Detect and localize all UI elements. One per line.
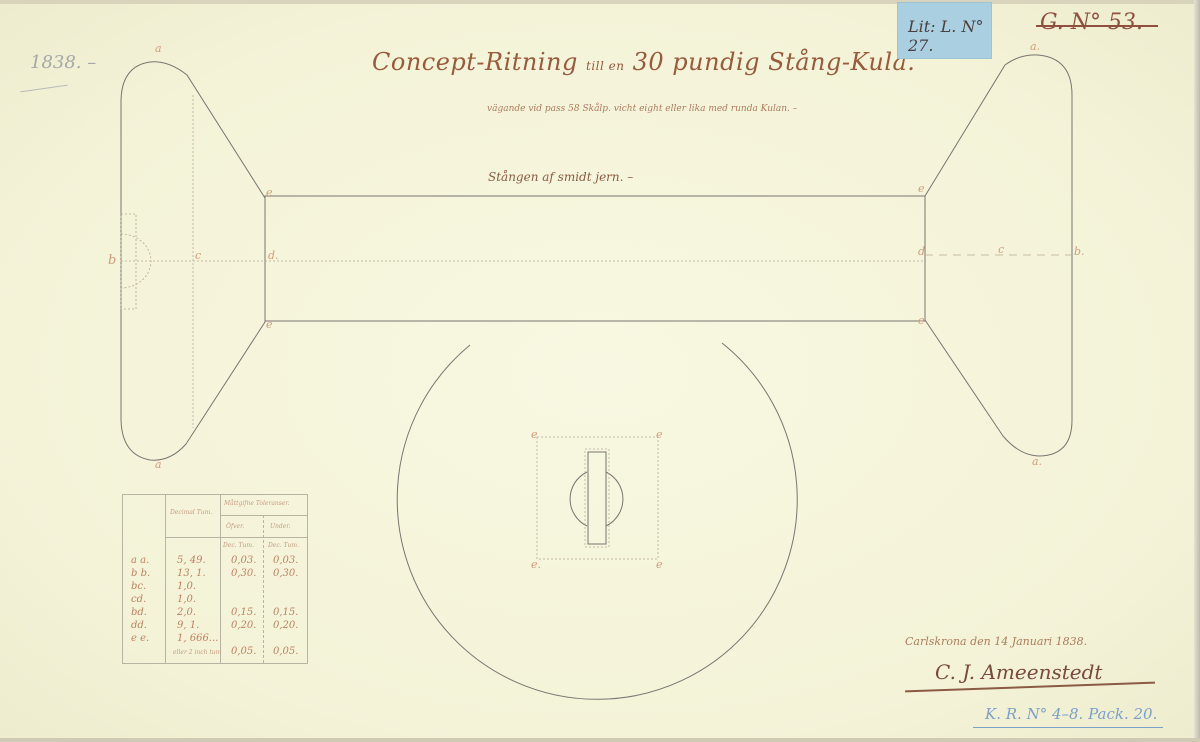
label-right-bottom-a: a. bbox=[1032, 455, 1042, 468]
unit-upper: Dec. Tum. bbox=[223, 542, 254, 549]
label-left-d: d. bbox=[268, 249, 279, 262]
header-decimal: Decimal Tum. bbox=[170, 509, 212, 516]
header-lower: Under. bbox=[270, 523, 290, 530]
row-value: 2,0. bbox=[177, 607, 196, 618]
row-value: eller 2 inch tum bbox=[173, 649, 221, 656]
label-right-b: b. bbox=[1074, 245, 1085, 258]
title-connector: till en bbox=[586, 59, 624, 73]
row-under: 0,03. bbox=[273, 555, 298, 566]
label-right-e-bottom: e bbox=[918, 314, 925, 327]
row-under: 0,20. bbox=[273, 620, 298, 631]
row-label: b b. bbox=[131, 568, 150, 579]
label-square-e-tl: e bbox=[531, 428, 538, 441]
label-square-e-bl: e. bbox=[531, 558, 541, 571]
row-value: 1,0. bbox=[177, 581, 196, 592]
label-square-e-br: e bbox=[656, 558, 663, 571]
row-value: 13, 1. bbox=[177, 568, 206, 579]
label-right-c: c bbox=[998, 243, 1004, 256]
signature: C. J. Ameen­stedt bbox=[935, 660, 1102, 684]
drawing-title: Concept-Ritning till en 30 pundig Stång-… bbox=[372, 48, 915, 76]
table-divider bbox=[220, 515, 307, 516]
row-value: 5, 49. bbox=[177, 555, 206, 566]
row-label: a a. bbox=[131, 555, 149, 566]
date-place-line: Carlskrona den 14 Januari 1838. bbox=[905, 635, 1087, 648]
section-right-half-disc bbox=[606, 472, 623, 526]
header-upper: Öfver. bbox=[226, 523, 244, 530]
archive-reference-underline bbox=[973, 727, 1163, 728]
label-right-d: d bbox=[918, 245, 925, 258]
table-divider bbox=[165, 537, 307, 538]
archive-label-text: Lit: L. N° 27. bbox=[908, 17, 991, 55]
old-catalog-number: G. N° 53. bbox=[1040, 10, 1143, 35]
row-under: 0,15. bbox=[273, 607, 298, 618]
row-value: 1,0. bbox=[177, 594, 196, 605]
title-main: Concept-Ritning bbox=[372, 48, 578, 76]
label-right-e-top: e bbox=[918, 182, 925, 195]
left-keyhole-rect bbox=[121, 214, 136, 309]
row-over: 0,30. bbox=[231, 568, 256, 579]
row-over: 0,05. bbox=[231, 646, 256, 657]
row-over: 0,20. bbox=[231, 620, 256, 631]
table-divider bbox=[165, 495, 166, 663]
rod-material-note: Stången af smidt jern. – bbox=[488, 170, 633, 184]
table-divider bbox=[220, 495, 221, 663]
title-object: Stång-Kula. bbox=[768, 48, 915, 76]
label-right-top-a: a. bbox=[1030, 40, 1040, 53]
row-under: 0,30. bbox=[273, 568, 298, 579]
label-left-c: c bbox=[195, 249, 201, 262]
old-number-strikethrough bbox=[1036, 25, 1158, 27]
row-label: e e. bbox=[131, 633, 149, 644]
drawing-subtitle: vägande vid pass 58 Skålp. vicht eight e… bbox=[487, 104, 797, 114]
rod-outline bbox=[265, 196, 925, 321]
label-left-top-a: a bbox=[155, 42, 162, 55]
title-caliber: 30 pundig bbox=[633, 48, 760, 76]
archive-label-sticker: Lit: L. N° 27. bbox=[897, 2, 992, 59]
row-label: dd. bbox=[131, 620, 147, 631]
row-value: 1, 666... bbox=[177, 633, 218, 644]
label-left-e-bottom: e bbox=[266, 318, 273, 331]
section-bar bbox=[588, 452, 606, 544]
header-tolerance: Måttgifne Toleranser. bbox=[224, 500, 290, 507]
archive-reference: K. R. N° 4–8. Pack. 20. bbox=[985, 705, 1157, 723]
row-label: bc. bbox=[131, 581, 146, 592]
section-dashed-square bbox=[537, 437, 658, 559]
label-left-bottom-a: a bbox=[155, 458, 162, 471]
label-square-e-tr: e bbox=[656, 428, 663, 441]
label-left-b: b bbox=[108, 253, 116, 268]
row-label: cd. bbox=[131, 594, 146, 605]
section-left-half-disc bbox=[570, 472, 587, 526]
ball-circle-outline bbox=[397, 343, 797, 699]
dimension-table: Decimal Tum. Måttgifne Toleranser. Öfver… bbox=[122, 494, 308, 664]
unit-lower: Dec. Tum. bbox=[268, 542, 299, 549]
row-over: 0,15. bbox=[231, 607, 256, 618]
year-note: 1838. – bbox=[30, 52, 96, 73]
row-under: 0,05. bbox=[273, 646, 298, 657]
section-bar-outline-dashed bbox=[585, 449, 609, 547]
row-over: 0,03. bbox=[231, 555, 256, 566]
row-label: bd. bbox=[131, 607, 147, 618]
row-value: 9, 1. bbox=[177, 620, 199, 631]
label-left-e-top: e bbox=[266, 186, 273, 199]
